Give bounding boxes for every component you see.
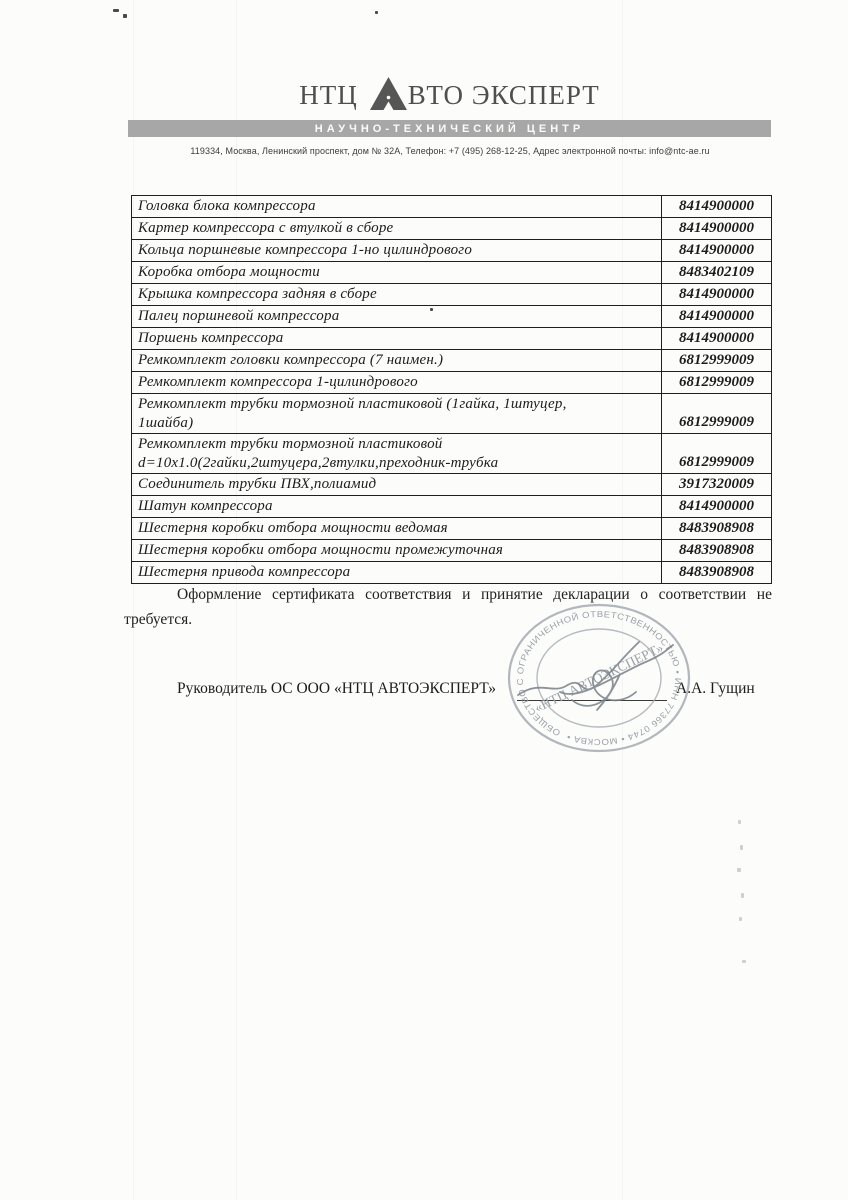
scan-speck — [375, 11, 378, 14]
code-cell: 8414900000 — [662, 218, 772, 240]
part-name-cell: Головка блока компрессора — [132, 196, 662, 218]
table-row: Шестерня привода компрессора 8483908908 — [132, 562, 772, 584]
code-cell: 6812999009 — [662, 394, 772, 434]
scan-speck — [740, 845, 743, 850]
table-row: Головка блока компрессора 8414900000 — [132, 196, 772, 218]
part-name-cell: Кольца поршневые компрессора 1-но цилинд… — [132, 240, 662, 262]
code-cell: 8414900000 — [662, 284, 772, 306]
code-cell: 3917320009 — [662, 474, 772, 496]
letterhead-banner: НАУЧНО-ТЕХНИЧЕСКИЙ ЦЕНТР — [128, 120, 771, 137]
parts-table-body: Головка блока компрессора 8414900000 Кар… — [132, 196, 772, 584]
part-name-cell: Поршень компрессора — [132, 328, 662, 350]
code-cell: 8414900000 — [662, 196, 772, 218]
table-row: Поршень компрессора 8414900000 — [132, 328, 772, 350]
code-cell: 8483908908 — [662, 540, 772, 562]
table-row: Кольца поршневые компрессора 1-но цилинд… — [132, 240, 772, 262]
part-name-cell: Ремкомплект головки компрессора (7 наиме… — [132, 350, 662, 372]
part-name-cell: Ремкомплект трубки тормозной пластиковой… — [132, 394, 662, 434]
table-row: Ремкомплект головки компрессора (7 наиме… — [132, 350, 772, 372]
signatory-title: Руководитель ОС ООО «НТЦ АВТОЭКСПЕРТ» — [177, 680, 496, 698]
part-name-cell: Палец поршневой компрессора — [132, 306, 662, 328]
table-row: Соединитель трубки ПВХ,полиамид 39173200… — [132, 474, 772, 496]
scan-speck — [741, 893, 744, 898]
table-row: Палец поршневой компрессора 8414900000 — [132, 306, 772, 328]
table-row: Ремкомплект компрессора 1-цилиндрового 6… — [132, 372, 772, 394]
code-cell: 8483402109 — [662, 262, 772, 284]
table-row: Крышка компрессора задняя в сборе 841490… — [132, 284, 772, 306]
code-cell: 8483908908 — [662, 518, 772, 540]
company-stamp: ОБЩЕСТВО С ОГРАНИЧЕННОЙ ОТВЕТСТВЕННОСТЬЮ… — [502, 600, 697, 758]
table-row: Картер компрессора с втулкой в сборе 841… — [132, 218, 772, 240]
scan-speck — [742, 960, 746, 963]
table-row: Коробка отбора мощности 8483402109 — [132, 262, 772, 284]
letterhead-logo: НТЦ ВТО ЭКСПЕРТ — [128, 72, 771, 118]
table-row: Шатун компрессора 8414900000 — [132, 496, 772, 518]
part-name-cell: Ремкомплект компрессора 1-цилиндрового — [132, 372, 662, 394]
table-row: Ремкомплект трубки тормозной пластиковой… — [132, 394, 772, 434]
table-row: Ремкомплект трубки тормозной пластиковой… — [132, 434, 772, 474]
part-name-cell: Ремкомплект трубки тормозной пластиковой… — [132, 434, 662, 474]
code-cell: 8414900000 — [662, 240, 772, 262]
scan-speck — [123, 14, 127, 18]
brand-text-avto: ВТО ЭКСПЕРТ — [408, 80, 600, 111]
part-name-cell: Соединитель трубки ПВХ,полиамид — [132, 474, 662, 496]
scan-speck — [739, 917, 742, 921]
address-line: 119334, Москва, Ленинский проспект, дом … — [100, 146, 800, 156]
code-cell: 8414900000 — [662, 306, 772, 328]
scan-speck — [113, 9, 119, 12]
scan-speck — [738, 820, 741, 824]
code-cell: 8414900000 — [662, 496, 772, 518]
scan-speck — [737, 868, 741, 872]
table-row: Шестерня коробки отбора мощности промежу… — [132, 540, 772, 562]
part-name-cell: Картер компрессора с втулкой в сборе — [132, 218, 662, 240]
code-cell: 6812999009 — [662, 434, 772, 474]
part-name-cell: Шестерня коробки отбора мощности ведомая — [132, 518, 662, 540]
logo-triangle-icon — [370, 77, 407, 110]
part-name-cell: Шестерня коробки отбора мощности промежу… — [132, 540, 662, 562]
code-cell: 6812999009 — [662, 350, 772, 372]
part-name-cell: Коробка отбора мощности — [132, 262, 662, 284]
code-cell: 8414900000 — [662, 328, 772, 350]
parts-table: Головка блока компрессора 8414900000 Кар… — [131, 195, 772, 584]
code-cell: 8483908908 — [662, 562, 772, 584]
part-name-cell: Шестерня привода компрессора — [132, 562, 662, 584]
code-cell: 6812999009 — [662, 372, 772, 394]
document-page: НТЦ ВТО ЭКСПЕРТ НАУЧНО-ТЕХНИЧЕСКИЙ ЦЕНТР… — [0, 0, 848, 1200]
part-name-cell: Крышка компрессора задняя в сборе — [132, 284, 662, 306]
table-row: Шестерня коробки отбора мощности ведомая… — [132, 518, 772, 540]
part-name-cell: Шатун компрессора — [132, 496, 662, 518]
brand-text-ntc: НТЦ — [299, 80, 358, 111]
